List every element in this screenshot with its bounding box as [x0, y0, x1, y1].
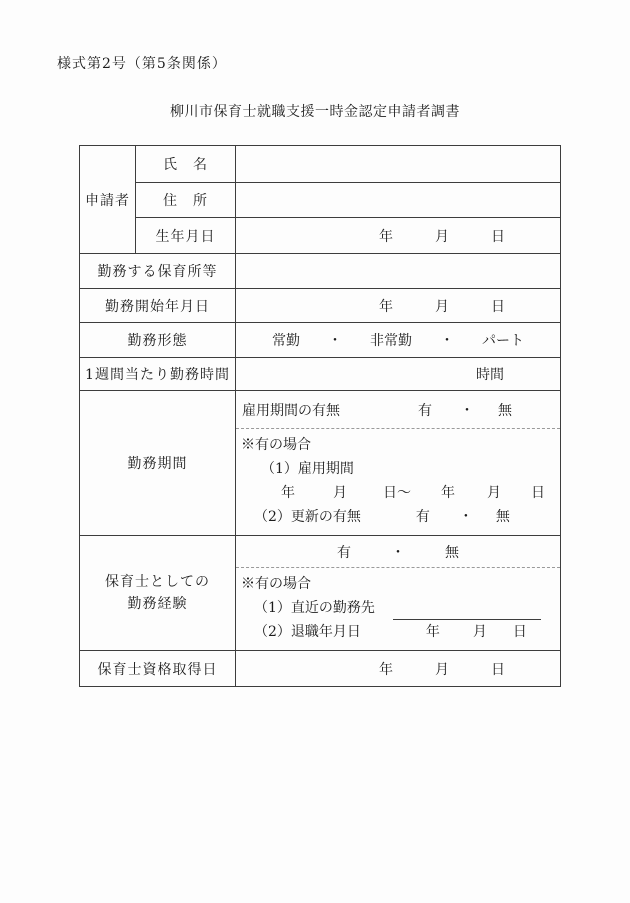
- renew-no-option: 無: [496, 505, 510, 529]
- row-license-date: 保育士資格取得日 年 月 日: [80, 651, 561, 687]
- recent-workplace-blank: [393, 600, 541, 620]
- experience-cell: 有 ・ 無 ※有の場合 （1）直近の勤務先 （2）退職年月日 年 月 日: [236, 536, 561, 651]
- period-yes-option: 有: [418, 400, 432, 420]
- experience-no-option: 無: [445, 542, 459, 562]
- period-item1: （1）雇用期間: [236, 457, 560, 481]
- month-unit: 月: [487, 481, 501, 505]
- experience-label-line2: 勤務経験: [80, 593, 235, 615]
- option-separator: ・: [328, 330, 342, 350]
- document-page: 様式第2号（第5条関係） 柳川市保育士就職支援一時金認定申請者調書 申請者 氏 …: [0, 0, 630, 903]
- license-date-line: 年 月 日: [236, 659, 560, 679]
- experience-label: 保育士としての 勤務経験: [80, 536, 236, 651]
- start-date-value-cell: 年 月 日: [236, 289, 561, 323]
- day-unit: 日: [531, 481, 545, 505]
- experience-item1: （1）直近の勤務先: [254, 596, 375, 620]
- period-renew-line: （2）更新の有無 有 ・ 無: [236, 505, 560, 529]
- option-parttime-regular: 非常勤: [370, 330, 412, 350]
- start-date-line: 年 月 日: [236, 296, 560, 316]
- name-value-cell: [236, 146, 561, 183]
- work-style-value-cell: 常勤 ・ 非常勤 ・ パート: [236, 323, 561, 358]
- year-unit: 年: [379, 296, 393, 316]
- experience-retire-line: （2）退職年月日 年 月 日: [236, 620, 560, 644]
- workplace-label: 勤務する保育所等: [80, 254, 236, 289]
- renew-yes-option: 有: [416, 505, 430, 529]
- workplace-value-cell: [236, 254, 561, 289]
- year-unit: 年: [379, 659, 393, 679]
- experience-note: ※有の場合: [236, 572, 560, 596]
- row-birthdate: 生年月日 年 月 日: [80, 218, 561, 254]
- period-item2: （2）更新の有無: [254, 505, 361, 529]
- period-no-option: 無: [498, 400, 512, 420]
- application-form-table: 申請者 氏 名 住 所 生年月日 年 月 日 勤務する保育所等: [79, 145, 561, 687]
- month-unit: 月: [473, 620, 487, 644]
- row-work-style: 勤務形態 常勤 ・ 非常勤 ・ パート: [80, 323, 561, 358]
- experience-recent-line: （1）直近の勤務先: [236, 596, 560, 620]
- employment-period-label: 勤務期間: [80, 391, 236, 536]
- row-name: 申請者 氏 名: [80, 146, 561, 183]
- form-number: 様式第2号（第5条関係）: [57, 53, 227, 73]
- experience-item2: （2）退職年月日: [254, 620, 361, 644]
- option-separator: ・: [460, 400, 474, 420]
- birthdate-date-line: 年 月 日: [236, 226, 560, 246]
- month-unit: 月: [435, 226, 449, 246]
- month-unit: 月: [435, 296, 449, 316]
- birthdate-value-cell: 年 月 日: [236, 218, 561, 254]
- day-unit: 日: [491, 296, 505, 316]
- page-title: 柳川市保育士就職支援一時金認定申請者調書: [0, 101, 630, 121]
- month-unit: 月: [333, 481, 347, 505]
- address-value-cell: [236, 183, 561, 218]
- period-date-range: 年 月 日～ 年 月 日: [236, 481, 560, 505]
- row-weekly-hours: 1週間当たり勤務時間 時間: [80, 358, 561, 391]
- weekly-hours-value-cell: 時間: [236, 358, 561, 391]
- experience-label-line1: 保育士としての: [80, 571, 235, 593]
- year-unit: 年: [379, 226, 393, 246]
- birthdate-label: 生年月日: [136, 218, 236, 254]
- option-separator: ・: [440, 330, 454, 350]
- period-has-label: 雇用期間の有無: [242, 400, 340, 420]
- weekly-hours-label: 1週間当たり勤務時間: [80, 358, 236, 391]
- option-part: パート: [482, 330, 524, 350]
- option-fulltime: 常勤: [272, 330, 300, 350]
- work-style-options: 常勤 ・ 非常勤 ・ パート: [236, 330, 560, 350]
- experience-yes-option: 有: [337, 542, 351, 562]
- employment-period-cell: 雇用期間の有無 有 ・ 無 ※有の場合 （1）雇用期間 年 月 日～ 年 月 日: [236, 391, 561, 536]
- address-label: 住 所: [136, 183, 236, 218]
- year-unit: 年: [441, 481, 455, 505]
- license-date-label: 保育士資格取得日: [80, 651, 236, 687]
- row-workplace: 勤務する保育所等: [80, 254, 561, 289]
- period-note: ※有の場合: [236, 433, 560, 457]
- row-employment-period: 勤務期間 雇用期間の有無 有 ・ 無 ※有の場合 （1）雇用期間 年 月 日～ …: [80, 391, 561, 536]
- applicant-group-label: 申請者: [80, 146, 136, 254]
- year-unit: 年: [426, 620, 440, 644]
- name-label: 氏 名: [136, 146, 236, 183]
- day-unit: 日: [491, 226, 505, 246]
- option-separator: ・: [391, 542, 405, 562]
- period-has-line: 雇用期間の有無 有 ・ 無: [236, 391, 560, 429]
- month-unit: 月: [435, 659, 449, 679]
- license-date-value-cell: 年 月 日: [236, 651, 561, 687]
- experience-detail-block: ※有の場合 （1）直近の勤務先 （2）退職年月日 年 月 日: [236, 568, 560, 650]
- day-tilde-unit: 日～: [383, 481, 411, 505]
- experience-yesno-line: 有 ・ 無: [236, 536, 560, 568]
- option-separator: ・: [459, 505, 473, 529]
- row-experience: 保育士としての 勤務経験 有 ・ 無 ※有の場合 （1）直近の勤務先 （2）退職…: [80, 536, 561, 651]
- year-unit: 年: [281, 481, 295, 505]
- start-date-label: 勤務開始年月日: [80, 289, 236, 323]
- day-unit: 日: [491, 659, 505, 679]
- row-address: 住 所: [80, 183, 561, 218]
- day-unit: 日: [513, 620, 527, 644]
- hours-unit: 時間: [236, 364, 560, 384]
- row-start-date: 勤務開始年月日 年 月 日: [80, 289, 561, 323]
- work-style-label: 勤務形態: [80, 323, 236, 358]
- period-detail-block: ※有の場合 （1）雇用期間 年 月 日～ 年 月 日 （2）更新の有無 有 ・: [236, 429, 560, 535]
